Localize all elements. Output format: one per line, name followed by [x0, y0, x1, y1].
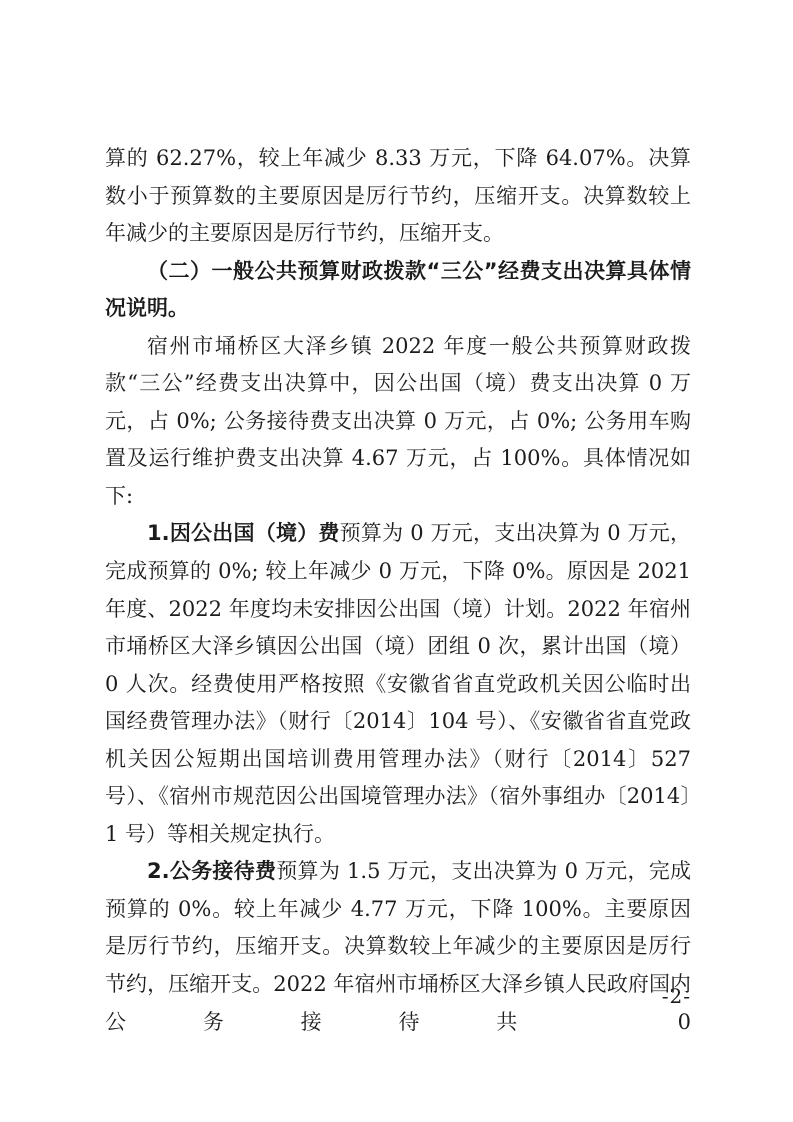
page-number: -2-	[105, 984, 691, 1008]
paragraph-official-reception-expense: 2.公务接待费预算为 1.5 万元，支出决算为 0 万元，完成预算的 0%。较上…	[105, 853, 691, 1041]
paragraph-overview-three-public-expenses: 宿州市埇桥区大泽乡镇 2022 年度一般公共预算财政拨款“三公”经费支出决算中，…	[105, 328, 691, 516]
section-heading-bold-text: （二）一般公共预算财政拨款“三公”经费支出决算具体情况说明。	[105, 259, 691, 321]
paragraph-text: 预算为 0 万元，支出决算为 0 万元，完成预算的 0%; 较上年减少 0 万元…	[105, 521, 691, 845]
document-body: 算的 62.27%，较上年减少 8.33 万元，下降 64.07%。决算数小于预…	[105, 140, 691, 1041]
document-page: 算的 62.27%，较上年减少 8.33 万元，下降 64.07%。决算数小于预…	[0, 0, 793, 1122]
paragraph-text: 宿州市埇桥区大泽乡镇 2022 年度一般公共预算财政拨款“三公”经费支出决算中，…	[105, 334, 691, 508]
paragraph-text: 算的 62.27%，较上年减少 8.33 万元，下降 64.07%。决算数小于预…	[105, 146, 691, 245]
paragraph-overseas-travel-expense: 1.因公出国（境）费预算为 0 万元，支出决算为 0 万元，完成预算的 0%; …	[105, 515, 691, 853]
paragraph-budget-decrease-continuation: 算的 62.27%，较上年减少 8.33 万元，下降 64.07%。决算数小于预…	[105, 140, 691, 253]
item-2-title-bold: 2.公务接待费	[147, 859, 276, 883]
section-heading-three-public-expenses: （二）一般公共预算财政拨款“三公”经费支出决算具体情况说明。	[105, 253, 691, 328]
item-1-title-bold: 1.因公出国（境）费	[147, 521, 340, 545]
